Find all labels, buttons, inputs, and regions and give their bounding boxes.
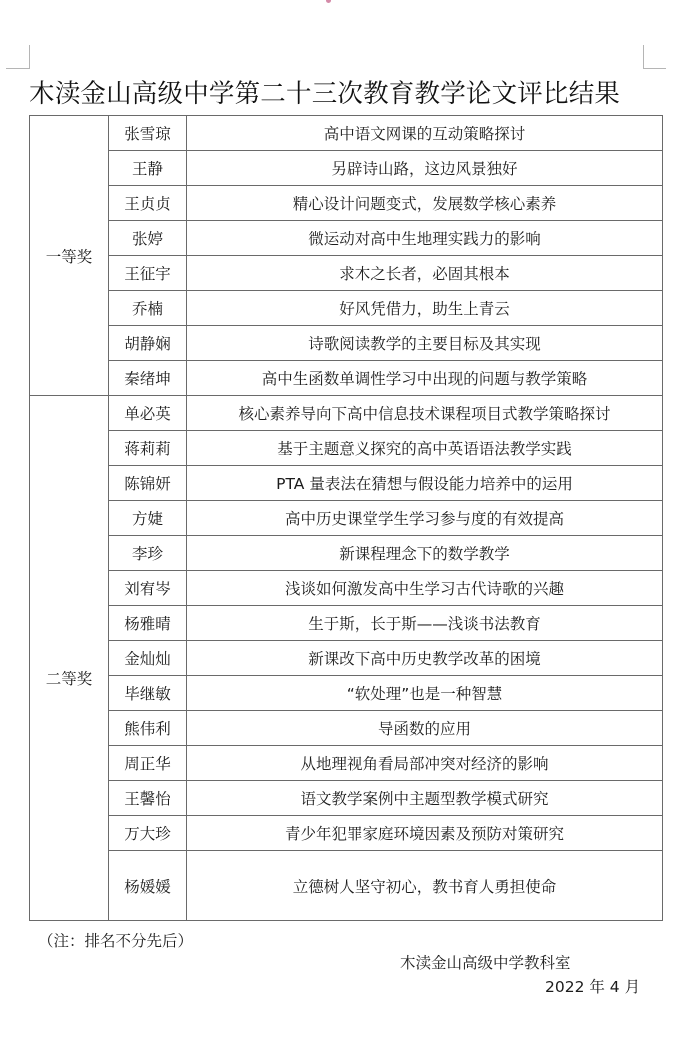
- paper-title: “软处理”也是一种智慧: [187, 676, 663, 711]
- table-row: 蒋莉莉 基于主题意义探究的高中英语语法教学实践: [30, 431, 663, 466]
- paper-title: 生于斯，长于斯——浅谈书法教育: [187, 606, 663, 641]
- paper-title: 浅谈如何激发高中生学习古代诗歌的兴趣: [187, 571, 663, 606]
- table-row: 王静 另辟诗山路，这边风景独好: [30, 151, 663, 186]
- paper-title: PTA 量表法在猜想与假设能力培养中的运用: [187, 466, 663, 501]
- paper-title: 从地理视角看局部冲突对经济的影响: [187, 746, 663, 781]
- table-row: 李珍 新课程理念下的数学教学: [30, 536, 663, 571]
- author-name: 杨媛媛: [109, 851, 187, 921]
- table-row: 刘宥岑 浅谈如何激发高中生学习古代诗歌的兴趣: [30, 571, 663, 606]
- table-row: 二等奖 单必英 核心素养导向下高中信息技术课程项目式教学策略探讨: [30, 396, 663, 431]
- signature-organization: 木渎金山高级中学教科室: [400, 951, 571, 973]
- author-name: 周正华: [109, 746, 187, 781]
- table-row: 陈锦妍 PTA 量表法在猜想与假设能力培养中的运用: [30, 466, 663, 501]
- paper-title: 诗歌阅读教学的主要目标及其实现: [187, 326, 663, 361]
- table-row: 金灿灿 新课改下高中历史教学改革的困境: [30, 641, 663, 676]
- author-name: 李珍: [109, 536, 187, 571]
- author-name: 金灿灿: [109, 641, 187, 676]
- author-name: 张雪琼: [109, 116, 187, 151]
- author-name: 蒋莉莉: [109, 431, 187, 466]
- page-corner-mark-left: [6, 45, 30, 69]
- paper-title: 另辟诗山路，这边风景独好: [187, 151, 663, 186]
- author-name: 陈锦妍: [109, 466, 187, 501]
- paper-title: 导函数的应用: [187, 711, 663, 746]
- paper-title: 高中历史课堂学生学习参与度的有效提高: [187, 501, 663, 536]
- paper-title: 新课程理念下的数学教学: [187, 536, 663, 571]
- author-name: 秦绪坤: [109, 361, 187, 396]
- results-table: 一等奖 张雪琼 高中语文网课的互动策略探讨 王静 另辟诗山路，这边风景独好 王贞…: [29, 115, 663, 921]
- author-name: 乔楠: [109, 291, 187, 326]
- author-name: 王静: [109, 151, 187, 186]
- award-level-first: 一等奖: [30, 116, 109, 396]
- author-name: 熊伟利: [109, 711, 187, 746]
- author-name: 王贞贞: [109, 186, 187, 221]
- author-name: 单必英: [109, 396, 187, 431]
- table-row: 张婷 微运动对高中生地理实践力的影响: [30, 221, 663, 256]
- table-row: 王馨怡 语文教学案例中主题型教学模式研究: [30, 781, 663, 816]
- author-name: 方婕: [109, 501, 187, 536]
- table-row: 万大珍 青少年犯罪家庭环境因素及预防对策研究: [30, 816, 663, 851]
- paper-title: 青少年犯罪家庭环境因素及预防对策研究: [187, 816, 663, 851]
- paper-title: 求木之长者，必固其根本: [187, 256, 663, 291]
- ranking-note: （注：排名不分先后）: [38, 929, 193, 951]
- paper-title: 新课改下高中历史教学改革的困境: [187, 641, 663, 676]
- page-corner-mark-right: [643, 45, 666, 69]
- award-level-second: 二等奖: [30, 396, 109, 921]
- table-row: 周正华 从地理视角看局部冲突对经济的影响: [30, 746, 663, 781]
- paper-title: 语文教学案例中主题型教学模式研究: [187, 781, 663, 816]
- paper-title: 好风凭借力，助生上青云: [187, 291, 663, 326]
- table-row: 方婕 高中历史课堂学生学习参与度的有效提高: [30, 501, 663, 536]
- table-row: 秦绪坤 高中生函数单调性学习中出现的问题与教学策略: [30, 361, 663, 396]
- paper-title: 立德树人坚守初心，教书育人勇担使命: [187, 851, 663, 921]
- top-edge-mark: [326, 0, 331, 3]
- table-row: 熊伟利 导函数的应用: [30, 711, 663, 746]
- table-row: 王征宇 求木之长者，必固其根本: [30, 256, 663, 291]
- author-name: 毕继敏: [109, 676, 187, 711]
- author-name: 王馨怡: [109, 781, 187, 816]
- author-name: 杨雅晴: [109, 606, 187, 641]
- table-row: 王贞贞 精心设计问题变式，发展数学核心素养: [30, 186, 663, 221]
- table-row: 杨媛媛 立德树人坚守初心，教书育人勇担使命: [30, 851, 663, 921]
- author-name: 胡静娴: [109, 326, 187, 361]
- table-row: 乔楠 好风凭借力，助生上青云: [30, 291, 663, 326]
- table-row: 胡静娴 诗歌阅读教学的主要目标及其实现: [30, 326, 663, 361]
- author-name: 王征宇: [109, 256, 187, 291]
- paper-title: 基于主题意义探究的高中英语语法教学实践: [187, 431, 663, 466]
- paper-title: 核心素养导向下高中信息技术课程项目式教学策略探讨: [187, 396, 663, 431]
- paper-title: 高中生函数单调性学习中出现的问题与教学策略: [187, 361, 663, 396]
- paper-title: 微运动对高中生地理实践力的影响: [187, 221, 663, 256]
- table-row: 毕继敏 “软处理”也是一种智慧: [30, 676, 663, 711]
- author-name: 张婷: [109, 221, 187, 256]
- author-name: 刘宥岑: [109, 571, 187, 606]
- author-name: 万大珍: [109, 816, 187, 851]
- paper-title: 高中语文网课的互动策略探讨: [187, 116, 663, 151]
- paper-title: 精心设计问题变式，发展数学核心素养: [187, 186, 663, 221]
- table-row: 杨雅晴 生于斯，长于斯——浅谈书法教育: [30, 606, 663, 641]
- table-row: 一等奖 张雪琼 高中语文网课的互动策略探讨: [30, 116, 663, 151]
- signature-date: 2022 年 4 月: [545, 975, 640, 997]
- document-title: 木渎金山高级中学第二十三次教育教学论文评比结果: [29, 74, 669, 110]
